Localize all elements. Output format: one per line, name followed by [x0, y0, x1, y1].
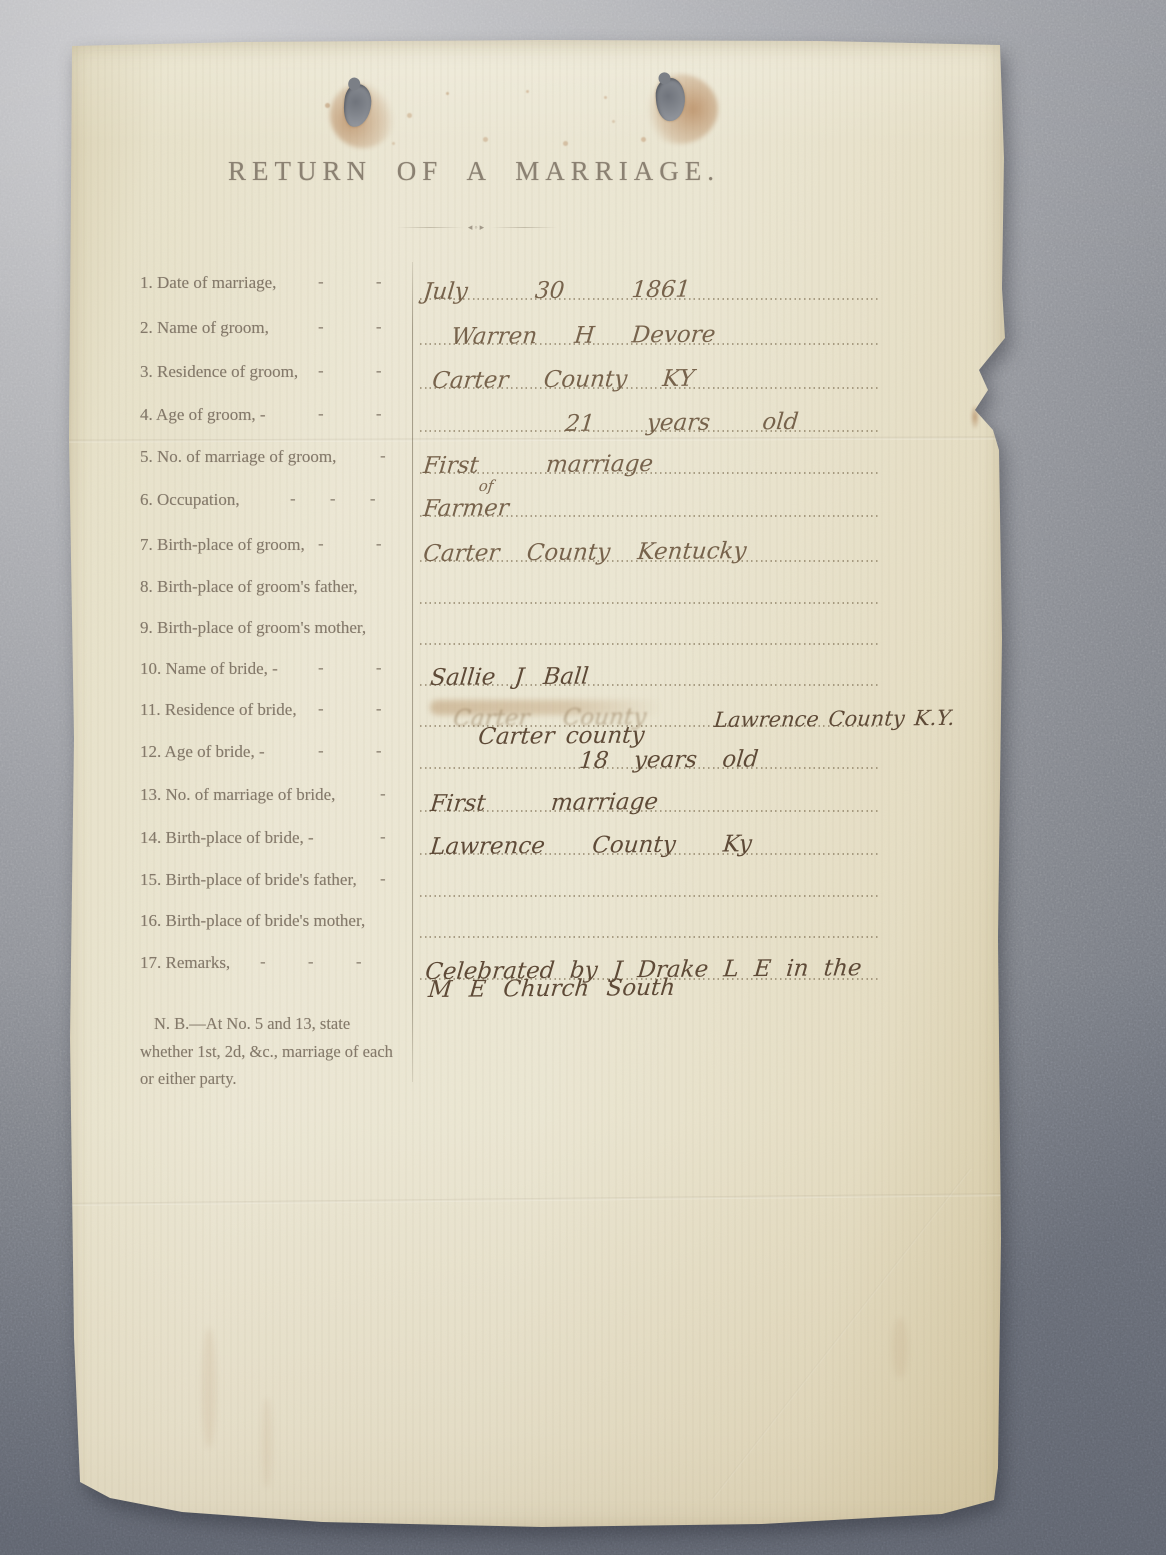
form-row-birthplace-of-groom: 7. Birth-place of groom, - - Carter Coun…: [140, 532, 900, 562]
rust-specks: [312, 82, 315, 85]
form-row-name-of-bride: 10. Name of bride, - - - Sallie J Ball: [140, 656, 900, 686]
field-label: 5. No. of marriage of groom,: [140, 447, 336, 467]
answer-line: Carter County Lawrence County K.Y. Carte…: [420, 697, 878, 727]
answer-line: July 30 1861: [420, 270, 878, 300]
field-label: 2. Name of groom,: [140, 318, 269, 338]
field-label: 12. Age of bride, -: [140, 742, 265, 762]
handwritten-entry: First marriage: [429, 789, 659, 817]
answer-line: Celebrated by J Drake L E in the M E Chu…: [420, 950, 878, 980]
field-label: 16. Birth-place of bride's mother,: [140, 911, 365, 931]
answer-line: Warren H Devore: [420, 315, 878, 345]
label-dashes: - -: [318, 317, 382, 337]
form-row-birthplace-of-bride: 14. Birth-place of bride, - - Lawrence C…: [140, 825, 900, 855]
label-dashes: - -: [318, 741, 382, 761]
answer-line: Carter County KY: [420, 359, 878, 389]
answer-line: Carter County Kentucky: [420, 532, 878, 562]
field-label: 11. Residence of bride,: [140, 700, 297, 720]
field-label: 10. Name of bride, -: [140, 659, 278, 679]
form-row-birthplace-of-grooms-mother: 9. Birth-place of groom's mother,: [140, 615, 900, 645]
edge-tear-stain: [970, 404, 980, 430]
label-dashes: - -: [318, 272, 382, 292]
paper-stain: [202, 1328, 216, 1448]
label-dashes: - -: [318, 699, 382, 719]
handwritten-entry: Carter County KY: [431, 366, 696, 394]
stray-handwriting: of: [478, 477, 494, 495]
form-row-age-of-groom: 4. Age of groom, - - - 21 years old: [140, 402, 900, 432]
field-label: 3. Residence of groom,: [140, 362, 298, 382]
form-row-residence-of-groom: 3. Residence of groom, - - Carter County…: [140, 359, 900, 389]
field-label: 6. Occupation,: [140, 490, 240, 510]
form-row-name-of-groom: 2. Name of groom, - - Warren H Devore: [140, 315, 900, 345]
paper-stain: [892, 1318, 908, 1378]
handwritten-entry: 18 years old: [578, 746, 760, 774]
divider-mark: ◂◦▸: [463, 222, 491, 233]
handwritten-entry: Carter County Kentucky: [422, 538, 748, 567]
form-row-occupation: 6. Occupation, - - - of Farmer: [140, 487, 900, 517]
answer-line: [420, 615, 878, 645]
answer-line: First marriage: [420, 444, 878, 474]
form-row-date-of-marriage: 1. Date of marriage, - - July 30 1861: [140, 270, 900, 300]
diagonal-crease: [711, 1168, 971, 1500]
fold-crease: [62, 1193, 1010, 1206]
form-row-birthplace-of-grooms-father: 8. Birth-place of groom's father,: [140, 574, 900, 604]
label-dashes: - -: [318, 534, 382, 554]
label-dashes: - -: [318, 361, 382, 381]
divider-line: [491, 227, 557, 228]
label-dashes: - - -: [290, 489, 375, 509]
form-row-age-of-bride: 12. Age of bride, - - - 18 years old: [140, 739, 900, 769]
handwritten-entry: Sallie J Ball: [429, 664, 590, 691]
field-label: 4. Age of groom, -: [140, 405, 266, 425]
answer-line: 21 years old: [420, 402, 878, 432]
field-label: 9. Birth-place of groom's mother,: [140, 618, 366, 638]
nota-bene-line: or either party.: [140, 1065, 412, 1093]
fold-crease: [62, 436, 1010, 442]
form-row-no-of-marriage-of-bride: 13. No. of marriage of bride, - First ma…: [140, 782, 900, 812]
field-label: 15. Birth-place of bride's father,: [140, 870, 357, 890]
form-row-remarks: 17. Remarks, - - - Celebrated by J Drake…: [140, 950, 900, 980]
handwritten-entry: 21 years old: [564, 409, 800, 437]
handwritten-entry: First marriage: [422, 451, 654, 479]
label-dashes: -: [380, 827, 386, 847]
handwritten-entry: July 30 1861: [422, 277, 692, 305]
document-title: RETURN OF A MARRIAGE.: [0, 156, 948, 187]
label-dashes: -: [380, 446, 386, 466]
field-label: 1. Date of marriage,: [140, 273, 276, 293]
paper-stain: [262, 1398, 272, 1488]
answer-line: First marriage: [420, 782, 878, 812]
field-label: 14. Birth-place of bride, -: [140, 828, 314, 848]
handwritten-entry-line2: M E Church South: [427, 975, 676, 1003]
field-label: 17. Remarks,: [140, 953, 230, 973]
answer-line: Lawrence County Ky: [420, 825, 878, 855]
photo-scene: RETURN OF A MARRIAGE. ◂◦▸ 1. Date of mar…: [0, 0, 1166, 1555]
form-row-residence-of-bride: 11. Residence of bride, - - Carter Count…: [140, 697, 900, 727]
label-dashes: -: [380, 784, 386, 804]
nota-bene-line: whether 1st, 2d, &c., marriage of each: [140, 1038, 412, 1066]
handwritten-entry: Warren H Devore: [450, 322, 717, 350]
field-label: 8. Birth-place of groom's father,: [140, 577, 358, 597]
answer-line: Sallie J Ball: [420, 656, 878, 686]
label-dashes: - -: [318, 404, 382, 424]
label-dashes: - - -: [260, 952, 361, 972]
answer-line: 18 years old: [420, 739, 878, 769]
nota-bene-line: N. B.—At No. 5 and 13, state: [140, 1010, 412, 1038]
handwritten-entry: Lawrence County K.Y.: [713, 706, 956, 732]
answer-line: [420, 867, 878, 897]
field-label: 13. No. of marriage of bride,: [140, 785, 335, 805]
answer-line: [420, 574, 878, 604]
divider-ornament: ◂◦▸: [397, 222, 557, 233]
form-row-birthplace-of-brides-father: 15. Birth-place of bride's father, -: [140, 867, 900, 897]
answer-line: [420, 908, 878, 938]
divider-line: [397, 227, 463, 228]
form-row-no-of-marriage-of-groom: 5. No. of marriage of groom, - First mar…: [140, 444, 900, 474]
label-dashes: -: [380, 869, 386, 889]
nota-bene: N. B.—At No. 5 and 13, state whether 1st…: [140, 1010, 412, 1093]
handwritten-entry: Lawrence County Ky: [429, 831, 753, 860]
label-dashes: - -: [318, 658, 382, 678]
form-row-birthplace-of-brides-mother: 16. Birth-place of bride's mother,: [140, 908, 900, 938]
answer-line: of Farmer: [420, 487, 878, 517]
document-paper: RETURN OF A MARRIAGE. ◂◦▸ 1. Date of mar…: [62, 38, 1010, 1538]
field-label: 7. Birth-place of groom,: [140, 535, 305, 555]
handwritten-entry: Farmer: [422, 495, 510, 522]
paper-shadow: RETURN OF A MARRIAGE. ◂◦▸ 1. Date of mar…: [62, 38, 1010, 1538]
